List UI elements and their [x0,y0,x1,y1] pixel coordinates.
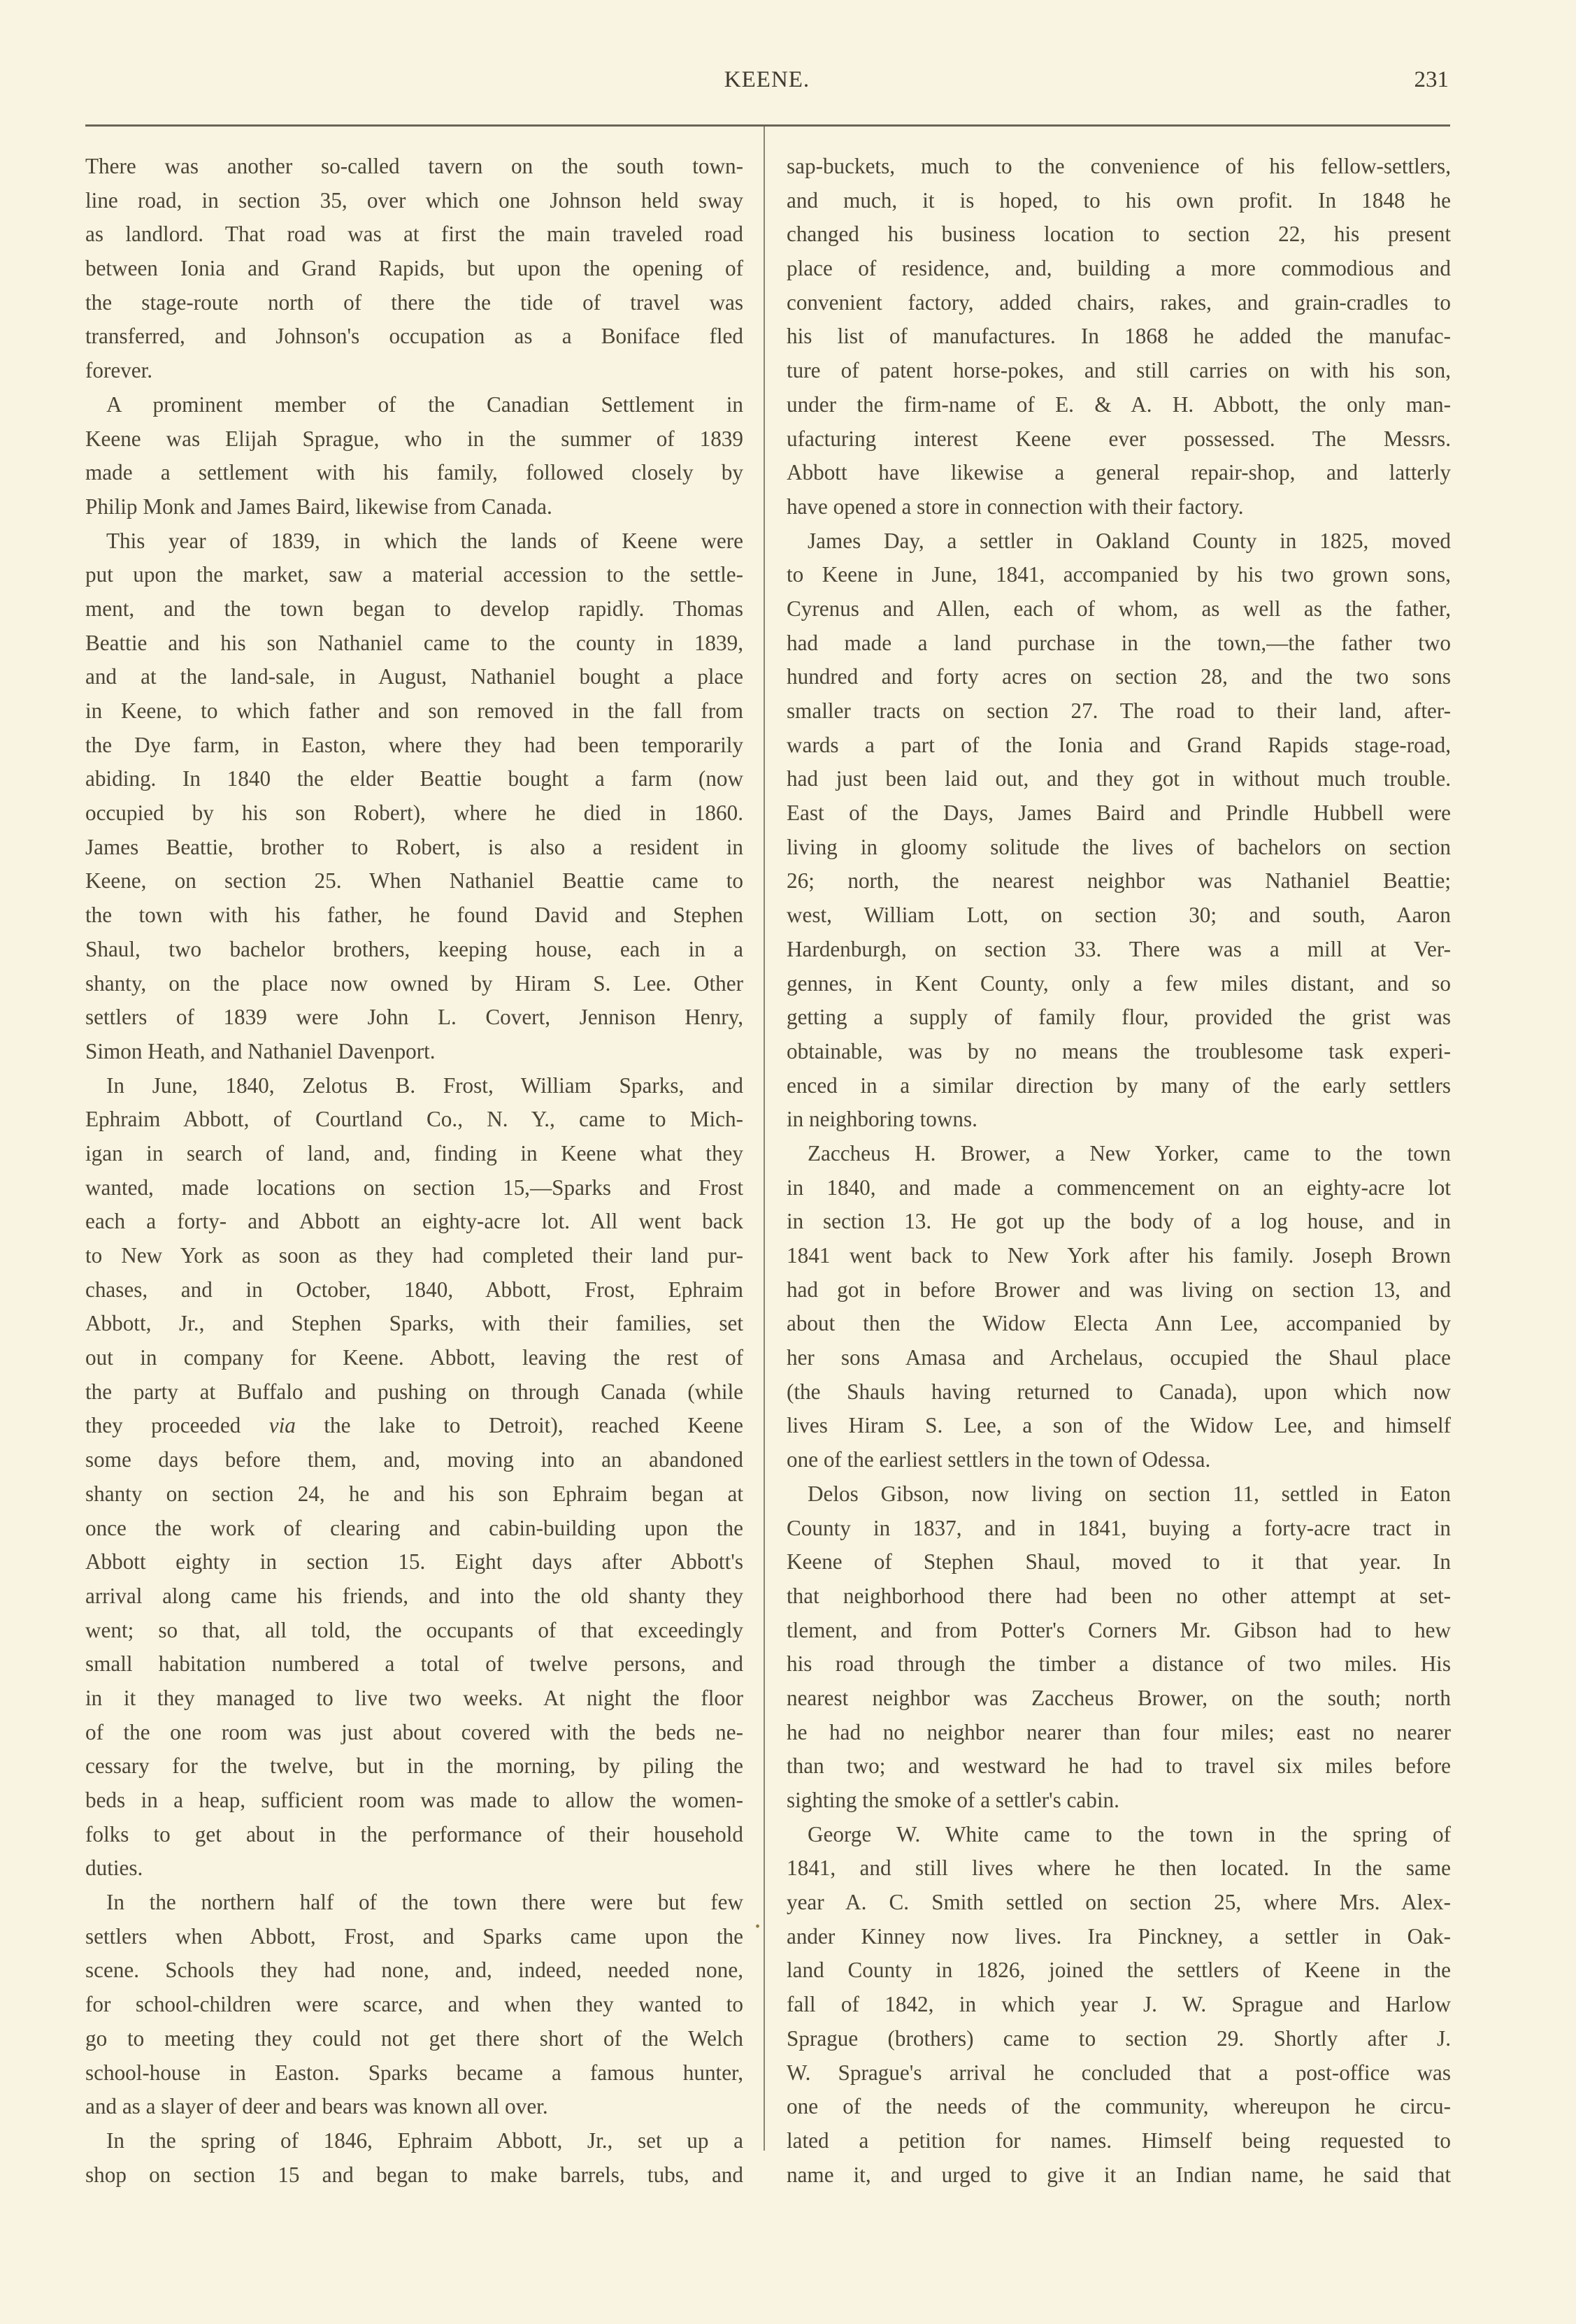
text-line: to New York as soon as they had complete… [85,1239,743,1273]
text-line: gennes, in Kent County, only a few miles… [787,967,1451,1001]
text-line: igan in search of land, and, finding in … [85,1137,743,1171]
text-line: abiding. In 1840 the elder Beattie bough… [85,762,743,796]
text-line: duties. [85,1851,743,1886]
text-line: have opened a store in connection with t… [787,490,1451,524]
text-line: tlement, and from Potter's Corners Mr. G… [787,1614,1451,1648]
text-line: go to meeting they could not get there s… [85,2022,743,2056]
text-line: west, William Lott, on section 30; and s… [787,898,1451,933]
text-line: between Ionia and Grand Rapids, but upon… [85,252,743,286]
page-number: 231 [1414,67,1449,93]
paragraph: A prominent member of the Canadian Settl… [85,388,743,524]
text-line: and as a slayer of deer and bears was kn… [85,2090,743,2124]
text-line: sighting the smoke of a settler's cabin. [787,1784,1451,1818]
text-line: Keene of Stephen Shaul, moved to it that… [787,1545,1451,1579]
text-line: in neighboring towns. [787,1103,1451,1137]
text-line: Keene was Elijah Sprague, who in the sum… [85,422,743,457]
text-line: Philip Monk and James Baird, likewise fr… [85,490,743,524]
text-line: 1841, and still lives where he then loca… [787,1851,1451,1886]
text-line: under the firm-name of E. & A. H. Abbott… [787,388,1451,422]
text-line: once the work of clearing and cabin-buil… [85,1512,743,1546]
italic-term: via [269,1413,296,1437]
text-line: ment, and the town began to develop rapi… [85,592,743,626]
column-divider [764,127,765,2151]
text-line: convenient factory, added chairs, rakes,… [787,286,1451,320]
paragraph: There was another so-called tavern on th… [85,150,743,388]
text-line: scene. Schools they had none, and, indee… [85,1953,743,1988]
text-line: sap-buckets, much to the convenience of … [787,150,1451,184]
text-line: for school-children were scarce, and whe… [85,1988,743,2022]
text-line: he had no neighbor nearer than four mile… [787,1716,1451,1750]
text-line: ufacturing interest Keene ever possessed… [787,422,1451,457]
text-line: had just been laid out, and they got in … [787,762,1451,796]
right-column: sap-buckets, much to the convenience of … [787,150,1451,2192]
left-column: There was another so-called tavern on th… [85,150,743,2192]
text-line: ander Kinney now lives. Ira Pinckney, a … [787,1920,1451,1954]
text-line: transferred, and Johnson's occupation as… [85,320,743,354]
text-line: cessary for the twelve, but in the morni… [85,1749,743,1784]
text-line: line road, in section 35, over which one… [85,184,743,218]
paragraph: This year of 1839, in which the lands of… [85,524,743,1069]
text-line: that neighborhood there had been no othe… [787,1579,1451,1614]
text-line: (the Shauls having returned to Canada), … [787,1375,1451,1410]
text-line: James Beattie, brother to Robert, is als… [85,831,743,865]
text-line: beds in a heap, sufficient room was made… [85,1784,743,1818]
text-line: some days before them, and, moving into … [85,1443,743,1477]
text-line: the town with his father, he found David… [85,898,743,933]
text-line: forever. [85,354,743,388]
text-line: the stage-route north of there the tide … [85,286,743,320]
text-line: County in 1837, and in 1841, buying a fo… [787,1512,1451,1546]
text-line: out in company for Keene. Abbott, leavin… [85,1341,743,1375]
text-line: Hardenburgh, on section 33. There was a … [787,933,1451,967]
text-line: East of the Days, James Baird and Prindl… [787,796,1451,831]
text-line: the Dye farm, in Easton, where they had … [85,729,743,763]
text-line: about then the Widow Electa Ann Lee, acc… [787,1307,1451,1341]
text-line: his list of manufactures. In 1868 he add… [787,320,1451,354]
text-line: than two; and westward he had to travel … [787,1749,1451,1784]
text-line: This year of 1839, in which the lands of… [85,524,743,559]
text-line: had made a land purchase in the town,—th… [787,626,1451,661]
text-line: In the spring of 1846, Ephraim Abbott, J… [85,2124,743,2158]
text-line: in 1840, and made a commencement on an e… [787,1171,1451,1205]
text-line: James Day, a settler in Oakland County i… [787,524,1451,559]
text-line: ture of patent horse-pokes, and still ca… [787,354,1451,388]
text-line: George W. White came to the town in the … [787,1818,1451,1852]
text-line: Shaul, two bachelor brothers, keeping ho… [85,933,743,967]
text-line: Sprague (brothers) came to section 29. S… [787,2022,1451,2056]
text-line: Ephraim Abbott, of Courtland Co., N. Y.,… [85,1103,743,1137]
text-line: in Keene, to which father and son remove… [85,694,743,729]
text-line: name it, and urged to give it an Indian … [787,2158,1451,2193]
text-line: settlers of 1839 were John L. Covert, Je… [85,1000,743,1035]
text-line: Abbott eighty in section 15. Eight days … [85,1545,743,1579]
text-line: W. Sprague's arrival he concluded that a… [787,2056,1451,2090]
text-line: went; so that, all told, the occupants o… [85,1614,743,1648]
text-line: A prominent member of the Canadian Settl… [85,388,743,422]
running-title: KEENE. [85,67,1449,93]
text-line: smaller tracts on section 27. The road t… [787,694,1451,729]
text-line: in it they managed to live two weeks. At… [85,1681,743,1716]
paragraph: In the northern half of the town there w… [85,1886,743,2124]
text-line: Delos Gibson, now living on section 11, … [787,1477,1451,1512]
text-line: enced in a similar direction by many of … [787,1069,1451,1103]
text-line: had got in before Brower and was living … [787,1273,1451,1307]
text-line: shop on section 15 and began to make bar… [85,2158,743,2193]
text-line: his road through the timber a distance o… [787,1647,1451,1681]
margin-mark: • [755,1919,760,1935]
text-line: chases, and in October, 1840, Abbott, Fr… [85,1273,743,1307]
text-line: In the northern half of the town there w… [85,1886,743,1920]
text-line: and much, it is hoped, to his own profit… [787,184,1451,218]
text-line: nearest neighbor was Zaccheus Brower, on… [787,1681,1451,1716]
text-line: made a settlement with his family, follo… [85,456,743,490]
text-line: Abbott have likewise a general repair-sh… [787,456,1451,490]
text-line: land County in 1826, joined the settlers… [787,1953,1451,1988]
paragraph: sap-buckets, much to the convenience of … [787,150,1451,524]
text-line: lated a petition for names. Himself bein… [787,2124,1451,2158]
text-line: 26; north, the nearest neighbor was Nath… [787,864,1451,898]
text-line: lives Hiram S. Lee, a son of the Widow L… [787,1409,1451,1443]
text-line: Simon Heath, and Nathaniel Davenport. [85,1035,743,1069]
text-line: Cyrenus and Allen, each of whom, as well… [787,592,1451,626]
text-line: to Keene in June, 1841, accompanied by h… [787,558,1451,592]
text-line: shanty on section 24, he and his son Eph… [85,1477,743,1512]
text-line: fall of 1842, in which year J. W. Spragu… [787,1988,1451,2022]
text-line: 1841 went back to New York after his fam… [787,1239,1451,1273]
text-line: hundred and forty acres on section 28, a… [787,660,1451,694]
text-line: obtainable, was by no means the troubles… [787,1035,1451,1069]
paragraph: In June, 1840, Zelotus B. Frost, William… [85,1069,743,1886]
text-line: one of the earliest settlers in the town… [787,1443,1451,1477]
paragraph: Zaccheus H. Brower, a New Yorker, came t… [787,1137,1451,1477]
text-line: and at the land-sale, in August, Nathani… [85,660,743,694]
text-line: her sons Amasa and Archelaus, occupied t… [787,1341,1451,1375]
text-line: wards a part of the Ionia and Grand Rapi… [787,729,1451,763]
text-line: small habitation numbered a total of twe… [85,1647,743,1681]
text-line: one of the needs of the community, where… [787,2090,1451,2124]
text-line: Abbott, Jr., and Stephen Sparks, with th… [85,1307,743,1341]
text-line: Keene, on section 25. When Nathaniel Bea… [85,864,743,898]
paragraph: James Day, a settler in Oakland County i… [787,524,1451,1137]
text-line: Zaccheus H. Brower, a New Yorker, came t… [787,1137,1451,1171]
text-line: In June, 1840, Zelotus B. Frost, William… [85,1069,743,1103]
text-line: getting a supply of family flour, provid… [787,1000,1451,1035]
text-line: school-house in Easton. Sparks became a … [85,2056,743,2090]
text-line: each a forty- and Abbott an eighty-acre … [85,1205,743,1239]
text-line: they proceeded via the lake to Detroit),… [85,1409,743,1443]
text-line: There was another so-called tavern on th… [85,150,743,184]
text-line: the party at Buffalo and pushing on thro… [85,1375,743,1410]
page-header: KEENE. 231 [85,60,1449,116]
text-line: as landlord. That road was at first the … [85,217,743,252]
text-line: settlers when Abbott, Frost, and Sparks … [85,1920,743,1954]
text-line: occupied by his son Robert), where he di… [85,796,743,831]
text-line: put upon the market, saw a material acce… [85,558,743,592]
text-line: of the one room was just about covered w… [85,1716,743,1750]
text-line: shanty, on the place now owned by Hiram … [85,967,743,1001]
text-line: arrival along came his friends, and into… [85,1579,743,1614]
text-line: place of residence, and, building a more… [787,252,1451,286]
text-line: Beattie and his son Nathaniel came to th… [85,626,743,661]
text-line: in section 13. He got up the body of a l… [787,1205,1451,1239]
text-line: folks to get about in the performance of… [85,1818,743,1852]
paragraph: George W. White came to the town in the … [787,1818,1451,2193]
text-line: year A. C. Smith settled on section 25, … [787,1886,1451,1920]
paragraph: Delos Gibson, now living on section 11, … [787,1477,1451,1818]
header-rule [85,124,1450,127]
text-line: changed his business location to section… [787,217,1451,252]
paragraph: In the spring of 1846, Ephraim Abbott, J… [85,2124,743,2192]
text-line: wanted, made locations on section 15,—Sp… [85,1171,743,1205]
text-line: living in gloomy solitude the lives of b… [787,831,1451,865]
